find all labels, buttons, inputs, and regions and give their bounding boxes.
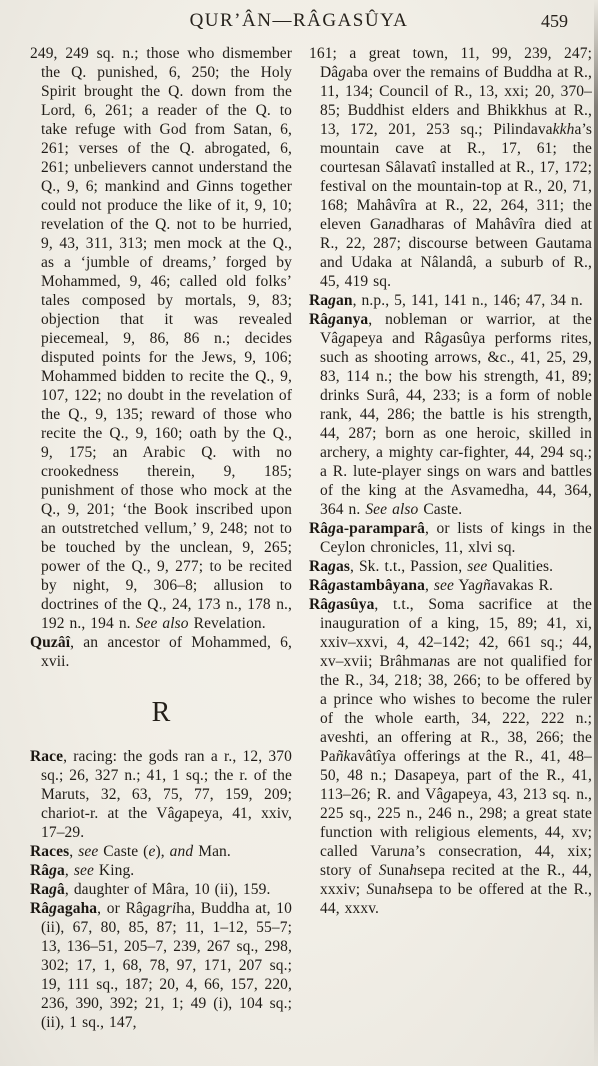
section-heading: R <box>30 698 292 728</box>
index-entry: Râganya, nobleman or warrior, at the Vâg… <box>309 310 592 519</box>
entry-headword: Ragâ <box>30 881 65 898</box>
index-entry: Râgagaha, or Râgagriha, Buddha at, 10 (i… <box>30 899 292 1032</box>
entry-headword: Race <box>30 748 63 765</box>
index-columns: 249, 249 sq. n.; those who dismember the… <box>30 44 592 1032</box>
index-entry: 161; a great town, 11, 99, 239, 247; Dâg… <box>309 44 592 291</box>
index-entry: Races, see Caste (e), and Man. <box>30 842 292 861</box>
entry-headword: Ragan <box>309 292 353 309</box>
index-entry: Quzâî, an ancestor of Mohammed, 6, xvii. <box>30 633 292 671</box>
index-entry: 249, 249 sq. n.; those who dismember the… <box>30 44 292 633</box>
index-entry: Râga, see King. <box>30 861 292 880</box>
column-1: 249, 249 sq. n.; those who dismember the… <box>30 44 292 1032</box>
index-entry: Ragâ, daughter of Mâra, 10 (ii), 159. <box>30 880 292 899</box>
entry-headword: Râganya <box>309 311 368 328</box>
index-entry: Râgasûya, t.t., Soma sacrifice at the in… <box>309 595 592 918</box>
scan-edge-shadow <box>594 0 598 1066</box>
page-number: 459 <box>541 11 568 32</box>
entry-headword: Races <box>30 843 69 860</box>
entry-headword: Râgagaha <box>30 900 97 917</box>
index-entry: Ragas, Sk. t.t., Passion, see Qualities. <box>309 557 592 576</box>
index-entry: Ragan, n.p., 5, 141, 141 n., 146; 47, 34… <box>309 291 592 310</box>
entry-headword: Ragas <box>309 558 350 575</box>
index-entry: Râga-paramparâ, or lists of kings in the… <box>309 519 592 557</box>
entry-headword: Râgastambâyana <box>309 577 425 594</box>
running-head: QUR’ÂN—RÂGASÛYA 459 <box>0 10 598 38</box>
book-page: QUR’ÂN—RÂGASÛYA 459 249, 249 sq. n.; tho… <box>0 0 598 1066</box>
entry-headword: Râgasûya <box>309 596 374 613</box>
entry-headword: Râga-paramparâ <box>309 520 425 537</box>
page-title: QUR’ÂN—RÂGASÛYA <box>0 10 598 32</box>
index-entry: Râgastambâyana, see Yagñavakas R. <box>309 576 592 595</box>
entry-headword: Quzâî <box>30 634 70 651</box>
index-entry: Race, racing: the gods ran a r., 12, 370… <box>30 747 292 842</box>
entry-headword: Râga <box>30 862 65 879</box>
column-2: 161; a great town, 11, 99, 239, 247; Dâg… <box>309 44 592 1032</box>
